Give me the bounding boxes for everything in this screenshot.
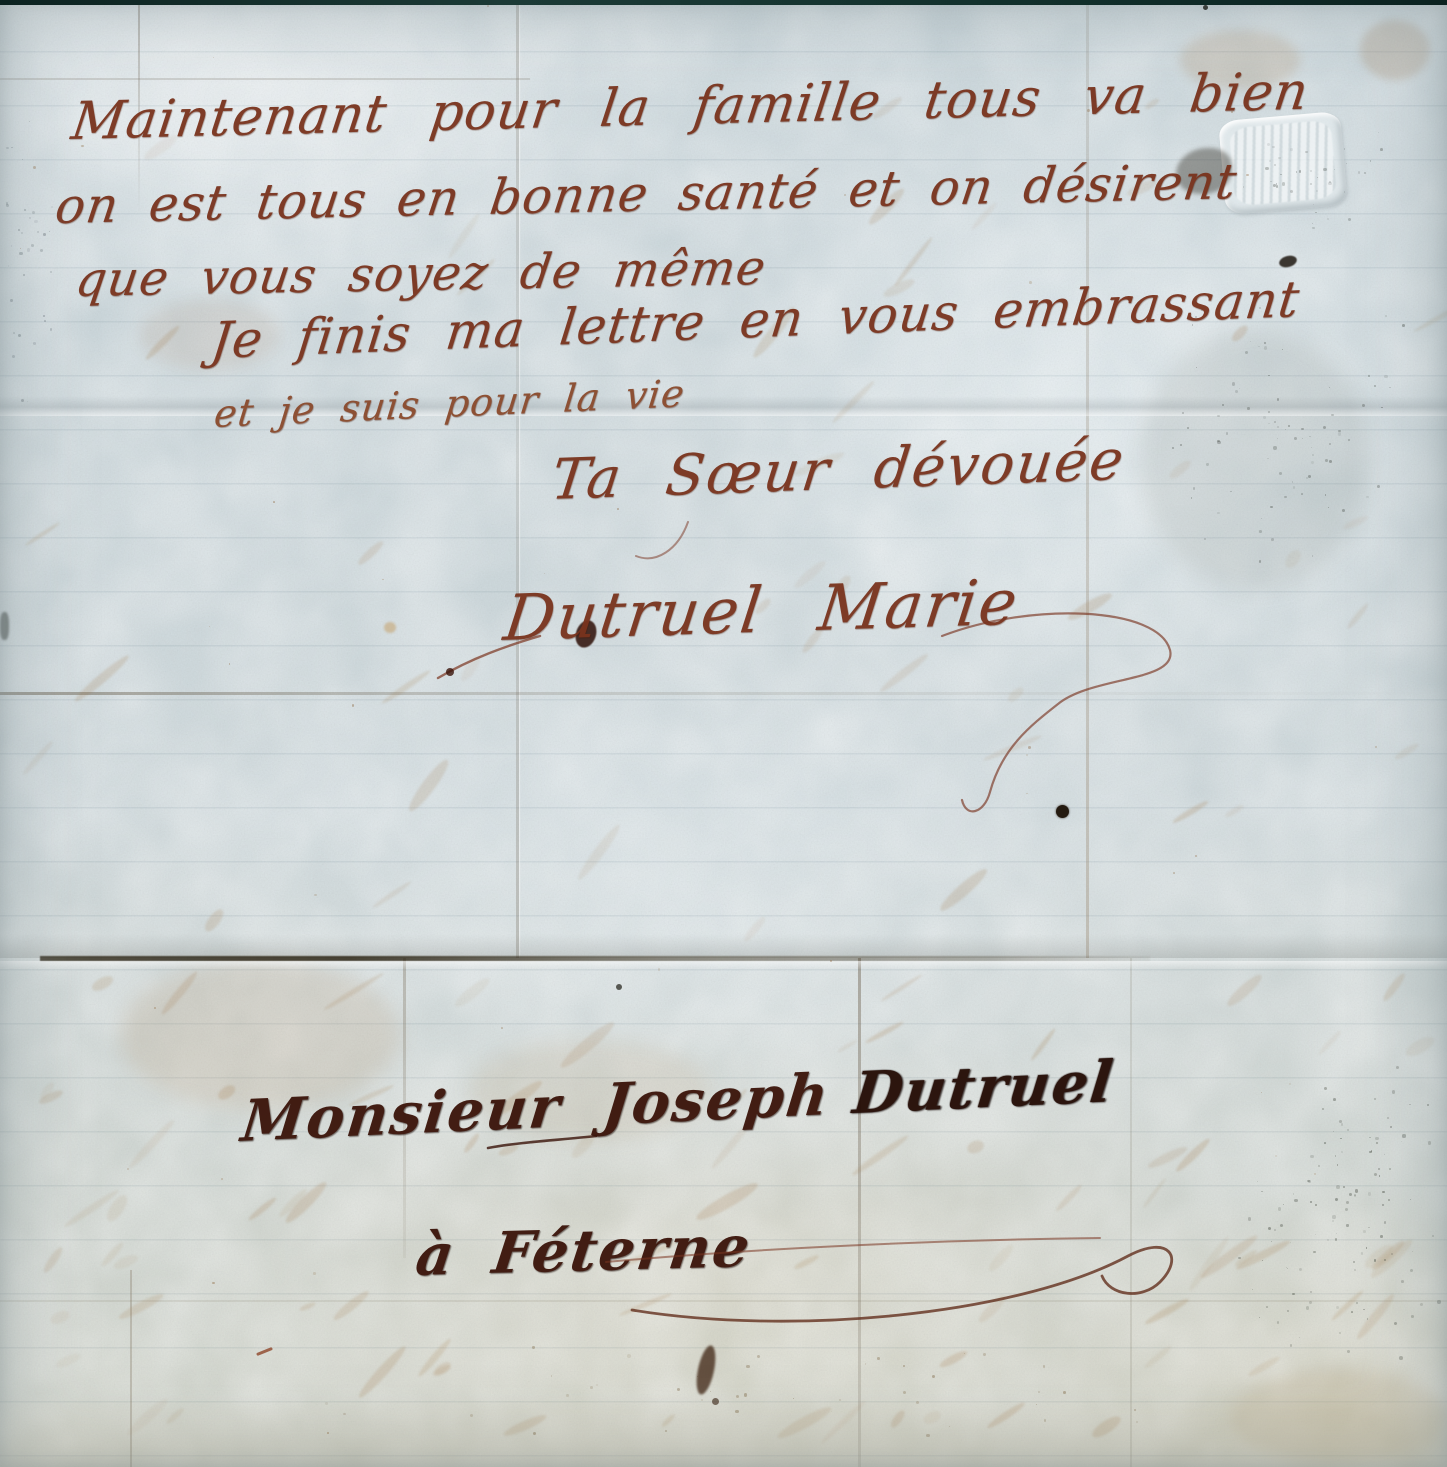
address-connector-stroke (488, 1136, 596, 1148)
place-crossbar-stroke (606, 1238, 1100, 1262)
signature-leadin-dot (446, 668, 454, 676)
flourish-overlay (0, 0, 1447, 1467)
closing-descender-flourish (636, 522, 688, 558)
place-end-flourish (632, 1247, 1172, 1321)
signature-end-flourish (942, 613, 1171, 811)
letter-page: Maintenant pour la famille tous va bien … (0, 0, 1447, 1467)
scan-edge-strip (0, 0, 1447, 5)
